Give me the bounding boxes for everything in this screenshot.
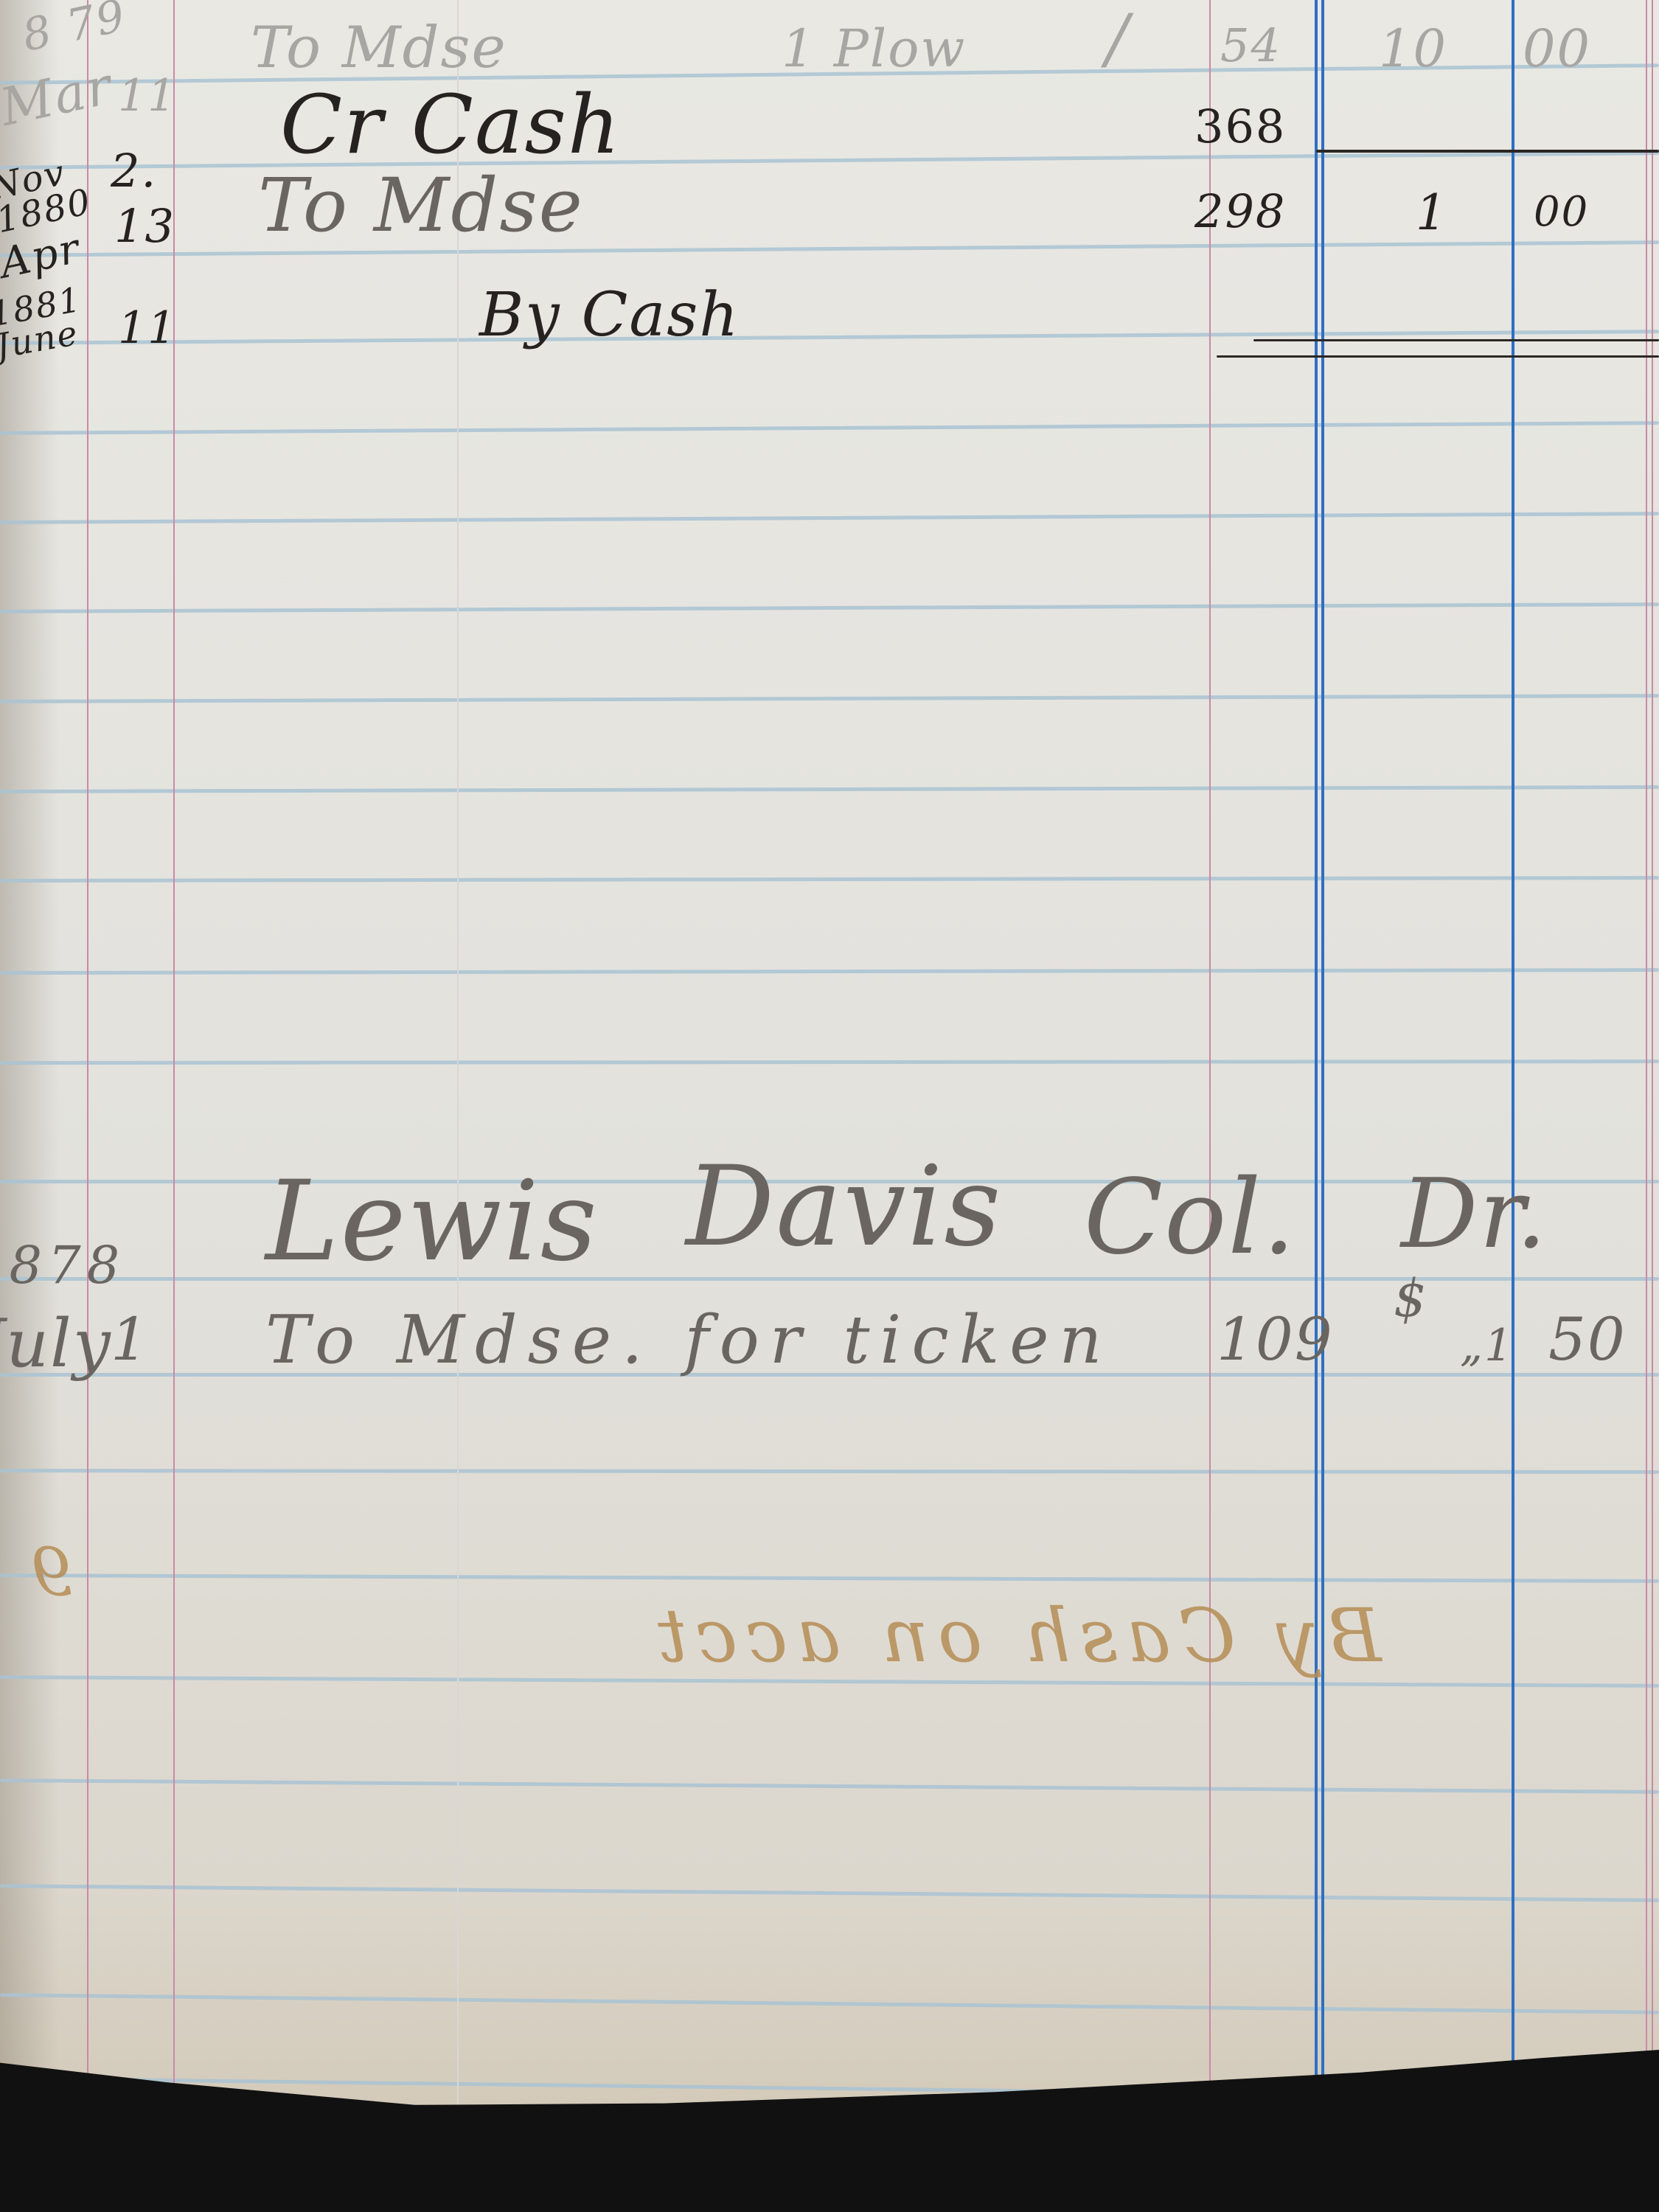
entry-dollars: 10 <box>1379 18 1447 79</box>
right-margin-line-a <box>1646 0 1647 2212</box>
ruled-line <box>0 1884 1659 1902</box>
ruled-line <box>0 1993 1659 2014</box>
ruled-line <box>0 151 1659 170</box>
margin-month: Mar <box>0 55 118 138</box>
entry-text: To Mdse <box>258 162 584 248</box>
closing-double-rule-top <box>1253 339 1659 341</box>
dollars-column-line-b <box>1321 0 1324 2212</box>
date-margin-line <box>87 0 88 2212</box>
ruled-line <box>0 240 1659 257</box>
ruled-line <box>0 1573 1659 1583</box>
entry-text: Cr Cash <box>280 77 622 172</box>
ruled-line <box>0 694 1659 703</box>
margin-day: 13 <box>114 199 175 253</box>
account-line-currency: $ <box>1394 1268 1428 1329</box>
ruled-line <box>0 968 1659 975</box>
ruled-line <box>0 512 1659 524</box>
description-guide-line <box>457 0 459 2212</box>
dollars-column-line-a <box>1315 0 1318 2212</box>
balance-underline <box>1316 150 1659 153</box>
account-line-dollars: „1 <box>1460 1320 1514 1371</box>
bleed-through-text: By Cash on acct <box>649 1593 1382 1679</box>
account-line-cents: 50 <box>1548 1305 1627 1374</box>
account-side-debit: Dr. <box>1401 1158 1548 1270</box>
ledger-page: 8 79 Mar 11 Nov 1880 2. Apr 13 1881 June… <box>0 0 1659 2212</box>
ruled-line <box>0 330 1659 345</box>
account-name-last: Davis <box>686 1143 1002 1271</box>
entry-cents: 00 <box>1523 18 1591 79</box>
ruled-line <box>0 876 1659 883</box>
entry-text: By Cash <box>479 280 740 350</box>
cents-column-line <box>1512 0 1514 2212</box>
ruled-line <box>0 602 1659 613</box>
bleed-through-margin-mark: 9 <box>29 1534 73 1611</box>
margin-day: 11 <box>118 70 177 122</box>
ruled-line <box>0 1778 1659 1794</box>
account-line-day: 1 <box>111 1305 150 1374</box>
ruled-line <box>0 785 1659 793</box>
entry-dollars: 1 <box>1416 184 1448 241</box>
ruled-line <box>0 421 1659 435</box>
margin-day: 11 <box>118 302 177 354</box>
account-line-month: July <box>0 1305 112 1382</box>
ruled-line <box>0 1060 1659 1065</box>
account-line-text: To Mdse. for ticken <box>265 1301 1113 1379</box>
margin-year-faint: 8 79 <box>18 0 131 62</box>
entry-folio: 298 <box>1194 184 1286 238</box>
margin-day: 2. <box>111 144 157 198</box>
entry-folio: 54 <box>1220 18 1281 72</box>
account-line-folio: 109 <box>1217 1305 1334 1374</box>
right-margin-line-b <box>1652 0 1653 2212</box>
margin-month: 1881 June <box>0 285 79 363</box>
account-year: 1878 <box>0 1235 125 1295</box>
ruled-line <box>0 1469 1659 1474</box>
account-suffix: Col. <box>1084 1158 1297 1278</box>
entry-detail: 1 Plow <box>782 18 966 79</box>
entry-folio: 368 <box>1194 100 1286 153</box>
entry-cents: 00 <box>1534 188 1589 236</box>
account-name-first: Lewis <box>265 1158 599 1286</box>
folio-column-line <box>1209 0 1211 2212</box>
entry-check-mark: / <box>1106 0 1130 77</box>
closing-double-rule-bottom <box>1217 355 1659 358</box>
entry-text: To Mdse <box>251 15 507 81</box>
